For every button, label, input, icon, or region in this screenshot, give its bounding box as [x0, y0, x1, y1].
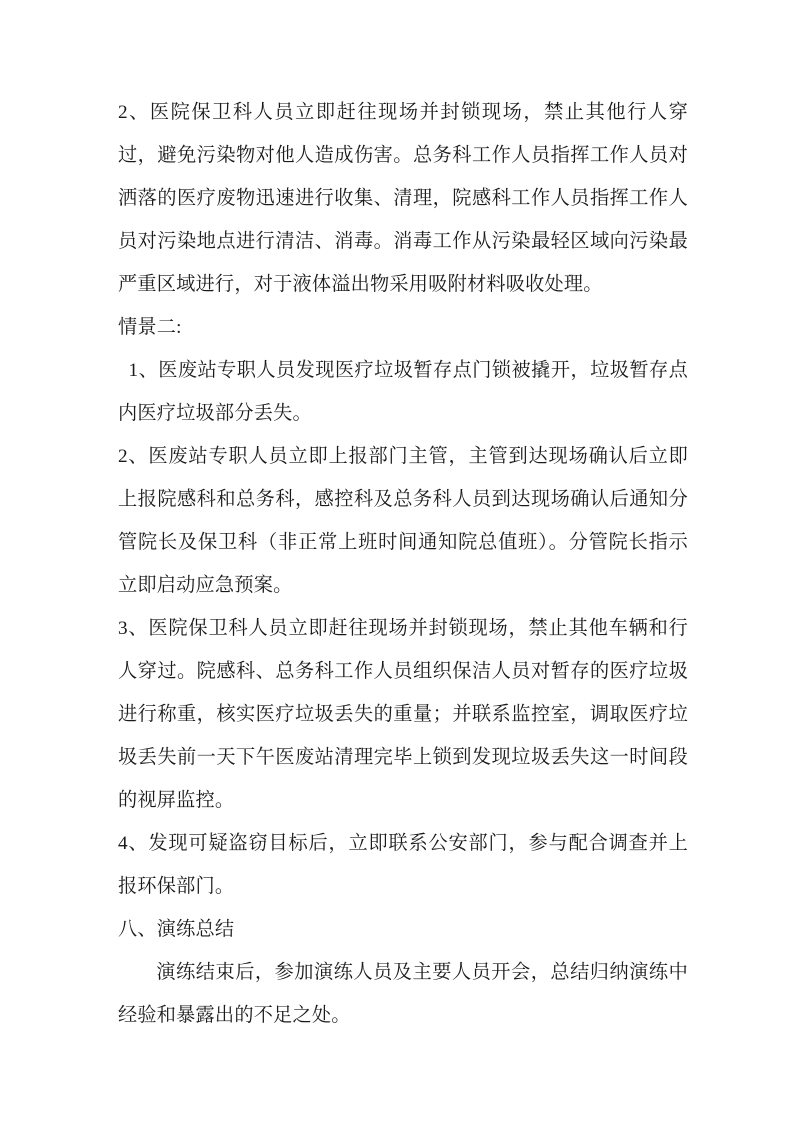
document-page: 2、医院保卫科人员立即赶往现场并封锁现场，禁止其他行人穿过，避免污染物对他人造成… [0, 0, 800, 1132]
paragraph-scenario2-item2: 2、医废站专职人员立即上报部门主管，主管到达现场确认后立即上报院感科和总务科，感… [118, 435, 688, 607]
paragraph-scenario2-item1: 1、医废站专职人员发现医疗垃圾暂存点门锁被撬开，垃圾暂存点内医疗垃圾部分丢失。 [118, 349, 688, 435]
paragraph-scenario2-item3: 3、医院保卫科人员立即赶往现场并封锁现场，禁止其他车辆和行人穿过。院感科、总务科… [118, 607, 688, 822]
paragraph-scenario2-item4: 4、发现可疑盗窃目标后，立即联系公安部门，参与配合调查并上报环保部门。 [118, 822, 688, 908]
paragraph-scenario1-item2: 2、医院保卫科人员立即赶往现场并封锁现场，禁止其他行人穿过，避免污染物对他人造成… [118, 91, 688, 306]
paragraph-scenario2-heading: 情景二: [118, 306, 688, 349]
paragraph-drill-summary: 演练结束后，参加演练人员及主要人员开会，总结归纳演练中经验和暴露出的不足之处。 [118, 951, 688, 1037]
paragraph-section8-heading: 八、演练总结 [118, 908, 688, 951]
